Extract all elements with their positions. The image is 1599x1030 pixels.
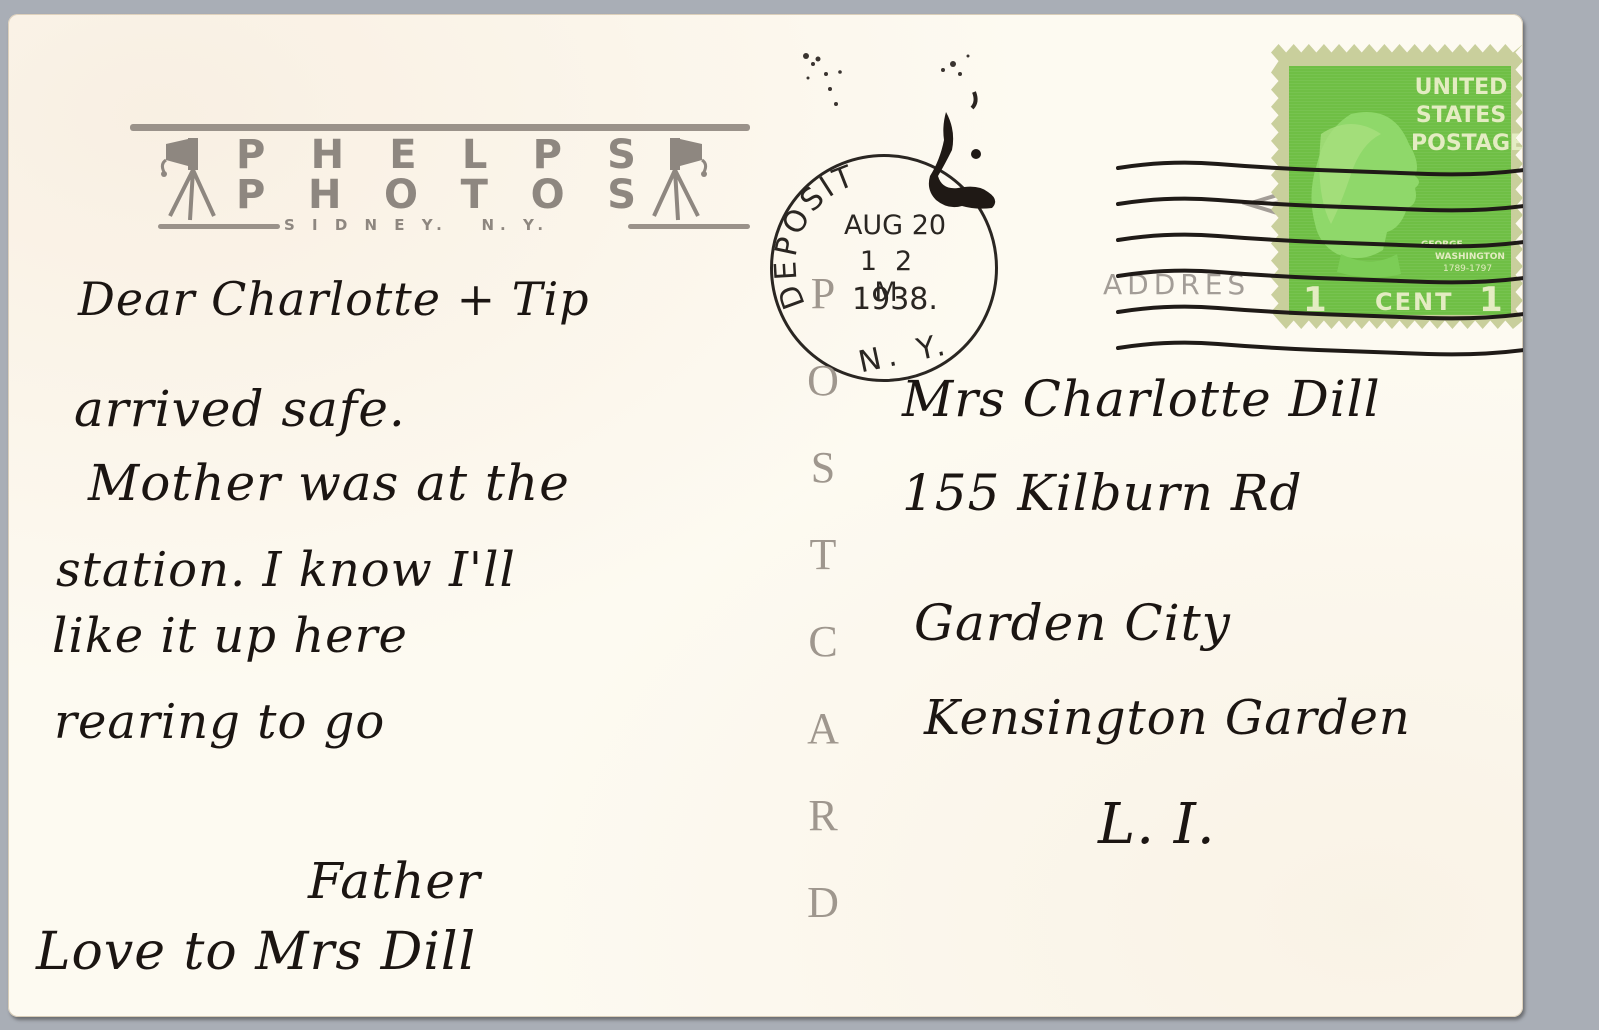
tripod-camera-icon — [648, 136, 710, 222]
stamp-title: UNITED STATES POSTAGE — [1411, 74, 1511, 158]
postmark-year: 1938. — [840, 282, 950, 317]
address-line: Mrs Charlotte Dill — [902, 370, 1381, 428]
logo-bottom-rule-right — [628, 224, 750, 229]
postcard-letter: P — [811, 250, 835, 337]
stamp-line-1: UNITED — [1411, 74, 1511, 102]
address-line: Garden City — [914, 594, 1231, 652]
postcard-letter: O — [807, 337, 839, 424]
message-line: rearing to go — [54, 694, 385, 750]
logo-letter: O — [531, 172, 565, 218]
stamp-line-2: STATES — [1411, 102, 1511, 130]
message-line: arrived safe. — [74, 380, 406, 438]
logo-letter: T — [461, 172, 488, 218]
logo-bottom-rule-left — [158, 224, 280, 229]
postcard-vertical-label: P O S T C A R D — [798, 250, 848, 946]
message-line: like it up here — [52, 608, 408, 664]
logo-top-rule — [130, 124, 750, 131]
postcard-letter: D — [807, 859, 839, 946]
logo-letter: O — [384, 172, 418, 218]
logo-letter: H — [308, 172, 341, 218]
logo-letter: S — [607, 172, 636, 218]
postcard-letter: C — [808, 598, 837, 685]
ink-blot — [918, 110, 1008, 220]
address-line: Kensington Garden — [924, 690, 1411, 746]
address-line: 155 Kilburn Rd — [902, 464, 1303, 522]
postcard-letter: A — [807, 685, 839, 772]
postcard-letter: S — [811, 424, 835, 511]
message-line: Mother was at the — [88, 454, 570, 512]
postcard-letter: R — [808, 772, 837, 859]
address-line: L. I. — [1098, 792, 1216, 857]
message-postscript: Love to Mrs Dill — [36, 922, 476, 982]
message-greeting: Dear Charlotte + Tip — [78, 272, 590, 326]
cancellation-waves — [1108, 154, 1523, 364]
logo-letter: P — [236, 172, 265, 218]
logo-line-photos: P H O T O S — [236, 172, 636, 218]
postcard-back: P H E L P S P H O T O S S I D N E Y. N. … — [8, 14, 1523, 1017]
postcard-letter: T — [810, 511, 837, 598]
tripod-camera-icon — [158, 136, 220, 222]
message-line: station. I know I'll — [56, 542, 516, 598]
logo-location: S I D N E Y. N. Y. — [284, 216, 549, 234]
message-signature: Father — [308, 852, 481, 910]
